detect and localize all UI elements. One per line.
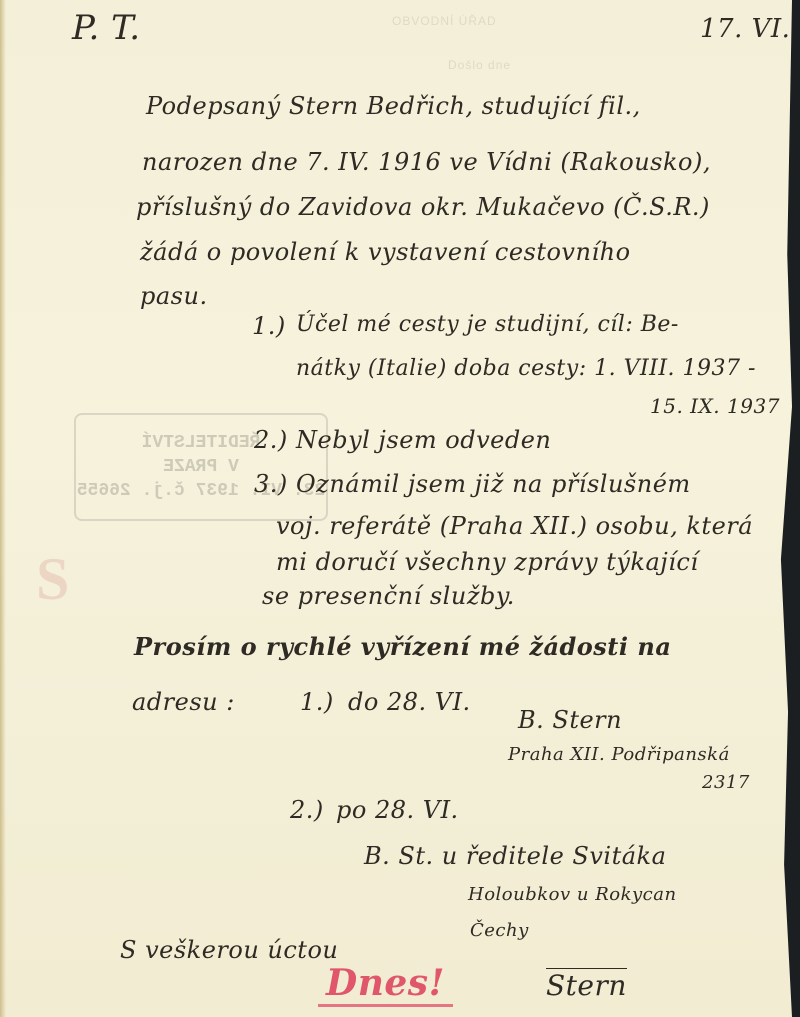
closing: S veškerou úctou — [120, 936, 338, 964]
point-1-number: 1.) — [252, 312, 286, 340]
address-2-until: po 28. VI. — [336, 796, 459, 824]
address-2-number: 2.) — [290, 796, 324, 824]
address-1-number-house: 2317 — [702, 772, 750, 793]
point-1-line-2: nátky (Italie) doba cesty: 1. VIII. 1937… — [296, 356, 756, 381]
point-3-line-2: voj. referátě (Praha XII.) osobu, která — [276, 512, 753, 540]
stamp-line: V PRAZE — [163, 457, 239, 477]
red-annotation: Dnes! — [318, 962, 453, 1007]
signature: Stern — [546, 968, 627, 1002]
body-line-1: Podepsaný Stern Bedřich, studující fil., — [146, 92, 641, 120]
faded-red-mark: S — [36, 545, 69, 614]
bleed-through-office-header: OBVODNÍ ÚŘAD — [392, 14, 497, 28]
address-1-name: B. Stern — [518, 706, 622, 734]
point-3-line-4: se presenční služby. — [262, 582, 515, 610]
address-2-line-2: Holoubkov u Rokycan — [468, 884, 677, 905]
point-1-line-3: 15. IX. 1937 — [650, 394, 780, 418]
point-3-line-3: mi doručí všechny zprávy týkající — [276, 548, 699, 576]
body-line-5: pasu. — [140, 282, 208, 310]
stamp-line: 23. VI. 1937 č.j. 26655 — [77, 481, 325, 501]
salutation: P. T. — [72, 8, 141, 48]
body-line-4: žádá o povolení k vystavení cestovního — [140, 238, 631, 266]
received-stamp: ŘEDITELSTVÍ V PRAZE 23. VI. 1937 č.j. 26… — [74, 413, 328, 521]
request-line-1: Prosím o rychlé vyřízení mé žádosti na — [134, 632, 671, 661]
point-3-line-1: Oznámil jsem již na příslušném — [296, 470, 691, 498]
stamp-line: ŘEDITELSTVÍ — [142, 433, 261, 453]
address-1-number: 1.) — [300, 688, 334, 716]
point-2-line-1: Nebyl jsem odveden — [296, 426, 551, 454]
document-page: OBVODNÍ ÚŘAD Došlo dne ŘEDITELSTVÍ V PRA… — [0, 0, 792, 1017]
header-date: 17. VI. — [700, 14, 790, 44]
request-line-2: adresu : — [132, 688, 235, 716]
body-line-2: narozen dne 7. IV. 1916 ve Vídni (Rakous… — [142, 148, 711, 176]
address-2-line-1: B. St. u ředitele Svitáka — [364, 842, 666, 870]
bleed-through-received: Došlo dne — [448, 58, 511, 72]
point-1-line-1: Účel mé cesty je studijní, cíl: Be- — [296, 312, 679, 337]
address-1-street: Praha XII. Podřipanská — [508, 744, 730, 765]
point-2-number: 2.) — [254, 426, 288, 454]
address-1-until: do 28. VI. — [348, 688, 471, 716]
point-3-number: 3.) — [254, 470, 288, 498]
address-2-line-3: Čechy — [470, 920, 529, 941]
body-line-3: příslušný do Zavidova okr. Mukačevo (Č.S… — [136, 193, 710, 221]
